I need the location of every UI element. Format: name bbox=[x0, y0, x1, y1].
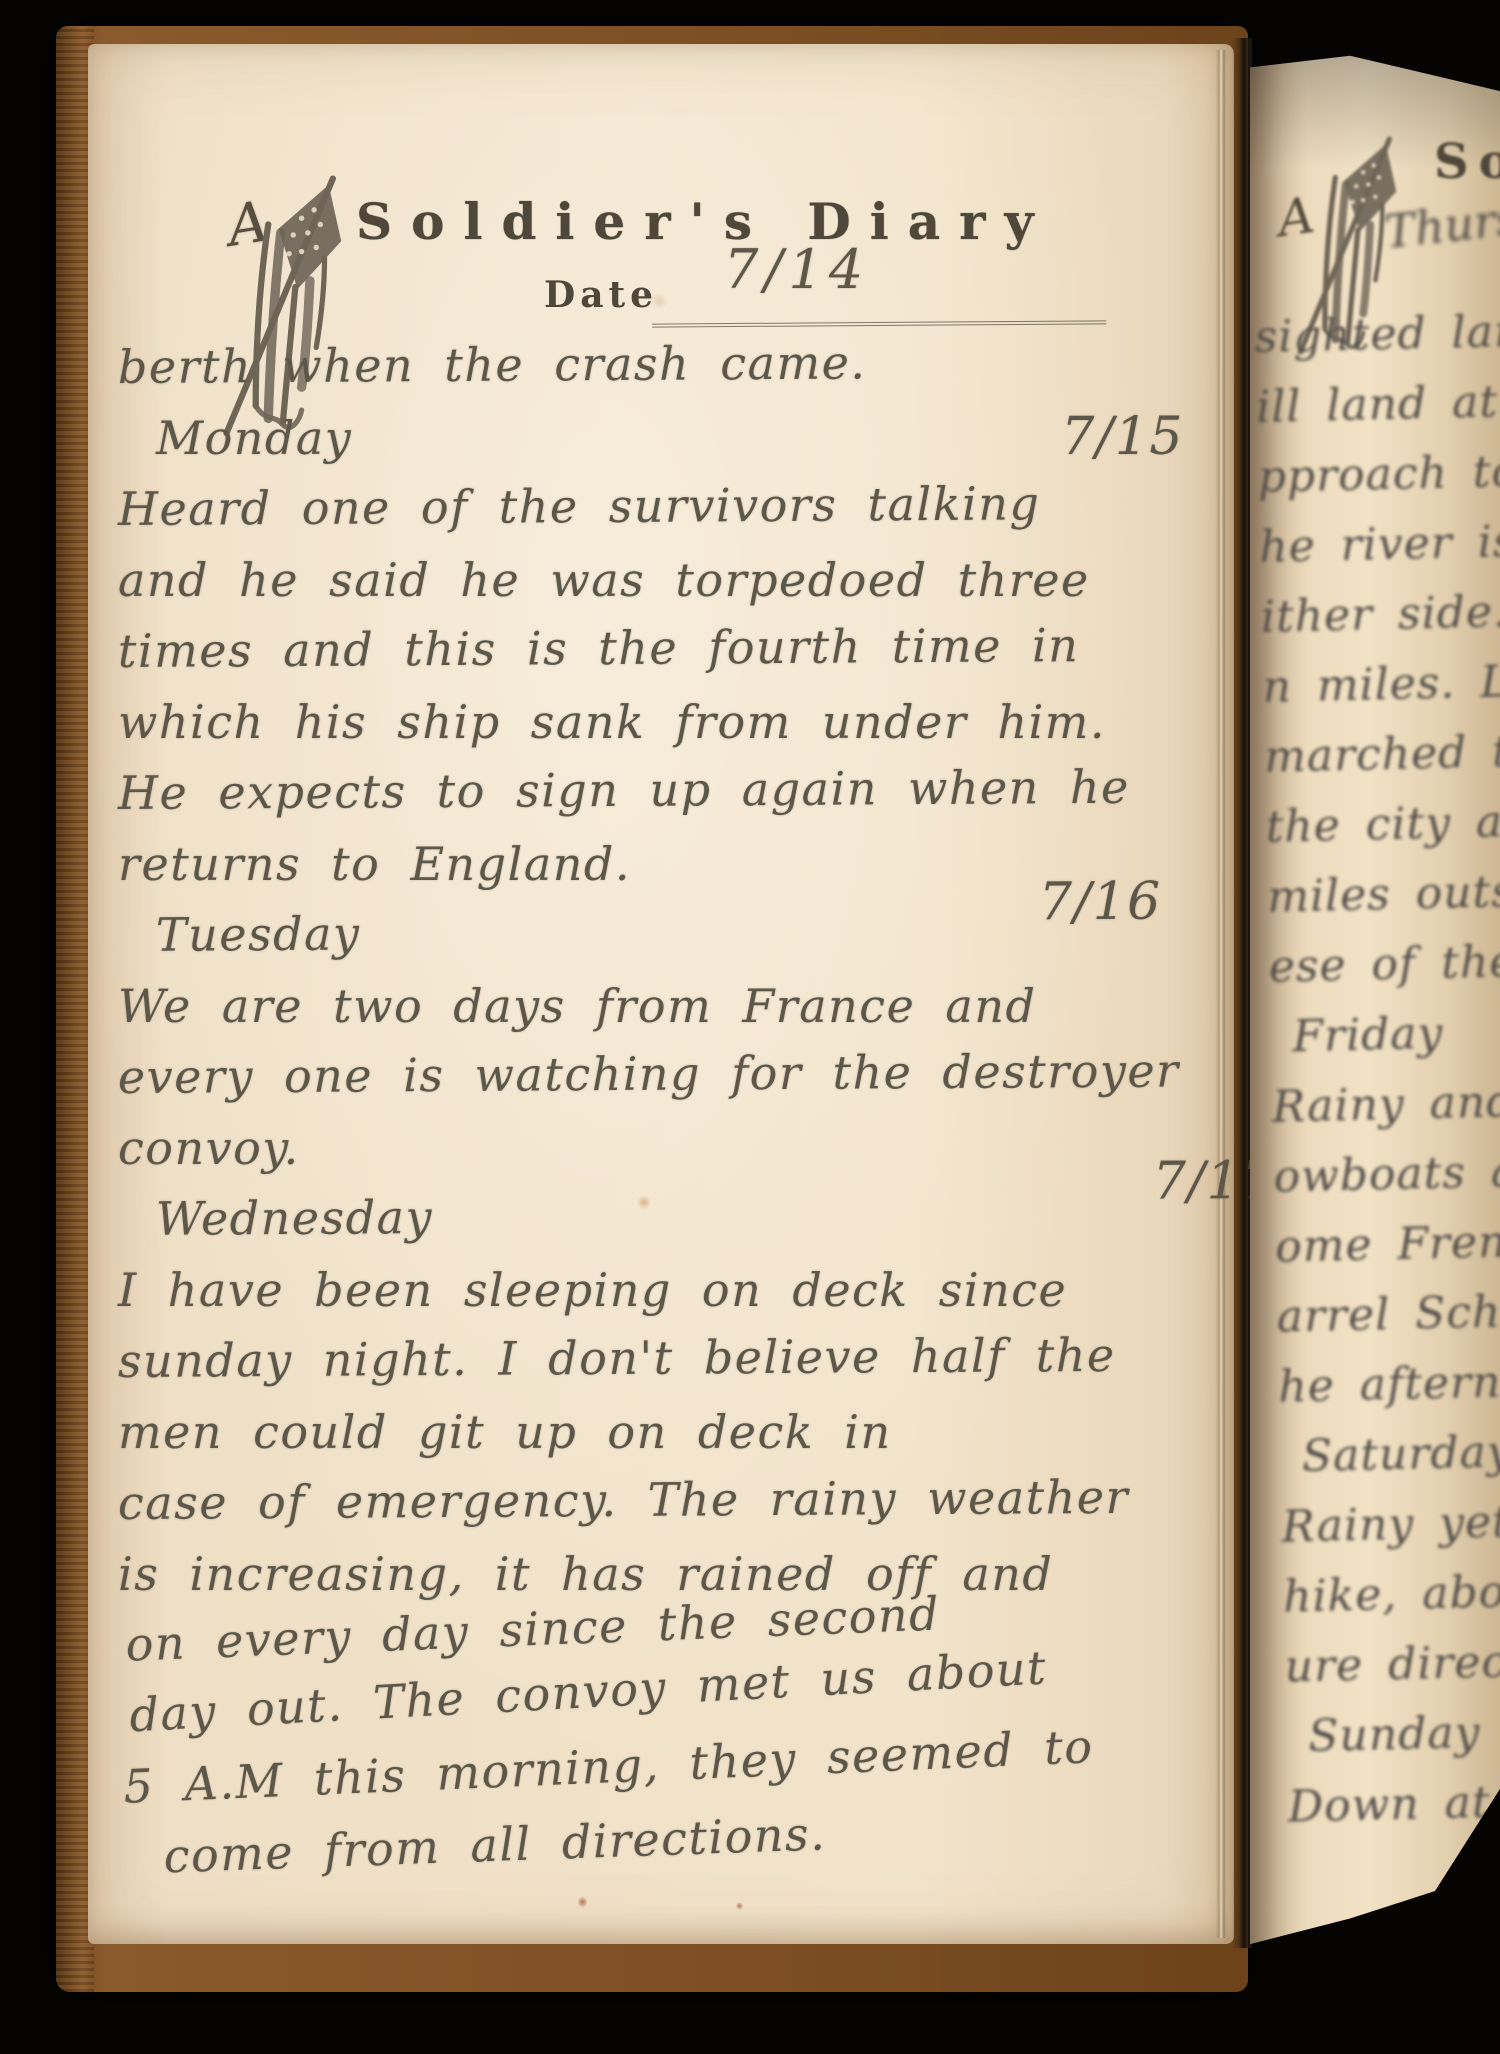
entry-text: convoy. bbox=[118, 1121, 300, 1175]
entry-text: We are two days from France and bbox=[118, 979, 1036, 1033]
diary-day-row: Tuesday7/16 bbox=[118, 901, 1314, 979]
diary-text-row: times and this is the fourth time in bbox=[118, 617, 1314, 695]
diary-text-row: case of emergency. The rainy weather bbox=[118, 1469, 1314, 1547]
page-title: Soldier's Diary bbox=[356, 192, 1053, 251]
diary-text-row: We are two days from France and bbox=[118, 979, 1314, 1050]
diary-right-page: A So Thurs sighted landill land at Lppro… bbox=[1250, 40, 1500, 2005]
next-page-text-fragment: he river is betw bbox=[1259, 510, 1500, 592]
next-page-text-fragment: ome French cha bbox=[1275, 1210, 1500, 1292]
next-page-day-fragment: Saturday bbox=[1279, 1420, 1500, 1502]
next-page-text-fragment: arrel Schwarz bbox=[1276, 1280, 1500, 1362]
diary-day-row: Monday7/15 bbox=[118, 411, 1314, 482]
diary-text-row: and he said he was torpedoed three bbox=[118, 553, 1314, 624]
diary-text-row: which his ship sank from under him. bbox=[118, 695, 1314, 766]
diary-text-row: berth when the crash came. bbox=[118, 333, 1314, 411]
entry-text: case of emergency. The rainy weather bbox=[118, 1470, 1129, 1530]
page-stain bbox=[736, 1902, 743, 1910]
diary-text-row: every one is watching for the destroyer bbox=[118, 1043, 1314, 1121]
next-page-day-fragment: Sunday bbox=[1286, 1700, 1500, 1782]
diary-text-row: men could git up on deck in bbox=[118, 1405, 1314, 1476]
next-page-title-partial: So bbox=[1434, 134, 1500, 190]
date-rule bbox=[652, 280, 1106, 327]
entry-text: He expects to sign up again when he bbox=[118, 760, 1130, 820]
date-value: 7/14 bbox=[724, 238, 869, 301]
next-page-text-fragment: pproach to the bbox=[1257, 440, 1500, 522]
entry-text: men could git up on deck in bbox=[118, 1405, 892, 1459]
diary-text-row: Heard one of the survivors talking bbox=[118, 475, 1314, 553]
date-label: Date bbox=[544, 274, 658, 316]
next-page-text-fragment: ese of the 16 bbox=[1268, 930, 1500, 1012]
entry-text: sunday night. I don't believe half the bbox=[118, 1328, 1116, 1388]
next-page-text-fragment: Rainy yet. The bbox=[1281, 1490, 1500, 1572]
next-page-text-fragment: the city and f bbox=[1265, 790, 1500, 872]
next-page-text-fragment: n miles. Landed bbox=[1262, 650, 1500, 732]
entry-text: every one is watching for the destroyer bbox=[118, 1044, 1180, 1104]
diary-text-row: He expects to sign up again when he bbox=[118, 759, 1314, 837]
entry-text: returns to England. bbox=[118, 837, 631, 891]
diary-left-page: A Soldier's Diary Date 7/14 berth when t… bbox=[88, 44, 1234, 1944]
day-label: Monday bbox=[156, 411, 352, 465]
entry-date: 7/16 bbox=[1039, 872, 1162, 933]
diary-day-row: Wednesday7/17 bbox=[118, 1185, 1314, 1263]
next-page-day-fragment: Friday bbox=[1270, 1000, 1500, 1082]
entry-text: Heard one of the survivors talking bbox=[118, 476, 1041, 536]
next-page-text-fragment: marched thro a bbox=[1264, 720, 1500, 802]
next-page-text-fragment: hike, about 4 bbox=[1283, 1560, 1500, 1642]
next-page-text-fragment: miles outside bbox=[1267, 860, 1500, 942]
entry-text: and he said he was torpedoed three bbox=[118, 553, 1090, 607]
next-page-text-fragment: Rainy and col bbox=[1271, 1070, 1500, 1152]
diary-text-row: sunday night. I don't believe half the bbox=[118, 1327, 1314, 1405]
diary-text-row: convoy. bbox=[118, 1121, 1314, 1192]
diary-entries: berth when the crash came.Monday7/15Hear… bbox=[118, 340, 1314, 1902]
day-label: Wednesday bbox=[156, 1190, 433, 1246]
next-page-text-fragment: ill land at L bbox=[1256, 370, 1500, 452]
next-page-text-fragment: ure direction bbox=[1284, 1630, 1500, 1712]
next-page-text-fragment: Down at the bbox=[1287, 1770, 1500, 1852]
next-page-text-fragment: ither side. The bbox=[1260, 580, 1500, 662]
day-label: Tuesday bbox=[156, 907, 361, 962]
entry-date: 7/15 bbox=[1061, 407, 1184, 467]
next-page-fragments: sighted landill land at Lpproach to theh… bbox=[1254, 300, 1500, 1851]
diary-text-row: I have been sleeping on deck since bbox=[118, 1263, 1314, 1334]
entry-text: I have been sleeping on deck since bbox=[118, 1263, 1067, 1317]
entry-text: times and this is the fourth time in bbox=[118, 618, 1080, 678]
diary-photo: A Soldier's Diary Date 7/14 berth when t… bbox=[0, 0, 1500, 2054]
next-page-text-fragment: he afternoon to bbox=[1278, 1350, 1500, 1432]
entry-text: berth when the crash came. bbox=[118, 335, 867, 394]
entry-text: which his ship sank from under him. bbox=[118, 695, 1106, 749]
book-gutter bbox=[1232, 38, 1252, 1948]
next-page-text-fragment: owboats around bbox=[1273, 1140, 1500, 1222]
next-page-text-fragment: sighted land bbox=[1254, 300, 1500, 382]
